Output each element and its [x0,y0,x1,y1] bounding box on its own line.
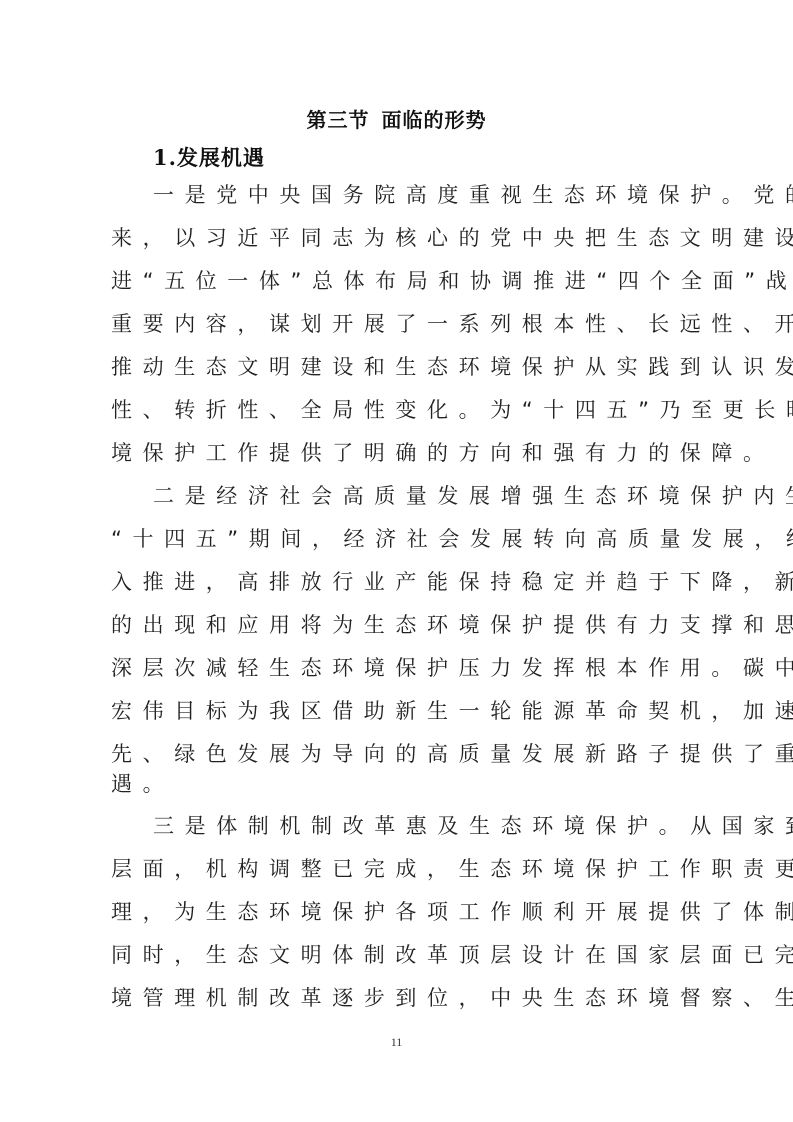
document-page: 第三节面临的形势 1.发展机遇 一是党中央国务院高度重视生态环境保护。党的十八大… [0,0,793,1122]
paragraph-2-line-6: 宏伟目标为我区借助新生一轮能源革命契机，加速走以生态优 [111,696,691,726]
paragraph-1-line-2: 来，以习近平同志为核心的党中央把生态文明建设作为统筹推 [111,223,691,253]
paragraph-2-line-3: 入推进，高排放行业产能保持稳定并趋于下降，新技术新产品 [111,567,691,597]
paragraph-3-line-5: 境管理机制改革逐步到位，中央生态环境督察、生态损害赔偿 [111,983,691,1013]
paragraph-1-line-3: 进“五位一体”总体布局和协调推进“四个全面”战略布局的 [111,266,691,296]
subheading-development-opportunities: 1.发展机遇 [153,142,265,172]
paragraph-1-line-7: 境保护工作提供了明确的方向和强有力的保障。 [111,438,691,468]
paragraph-2-line-2: “十四五”期间，经济社会发展转向高质量发展，结构调整深 [111,524,691,554]
section-name: 面临的形势 [382,108,487,132]
paragraph-3-line-3: 理，为生态环境保护各项工作顺利开展提供了体制上的保障。 [111,897,691,927]
paragraph-1-line-5: 推动生态文明建设和生态环境保护从实践到认识发生了历史 [111,352,691,382]
section-number: 第三节 [307,108,370,132]
paragraph-2-line-1: 二是经济社会高质量发展增强生态环境保护内生动力。 [153,481,733,511]
paragraph-1-line-6: 性、转折性、全局性变化。为“十四五”乃至更长时期生态环 [111,395,691,425]
section-title: 第三节面临的形势 [0,104,793,133]
page-number: 11 [0,1035,793,1050]
paragraph-2-line-5: 深层次减轻生态环境保护压力发挥根本作用。碳中和碳达峰的 [111,653,691,683]
paragraph-1-line-1: 一是党中央国务院高度重视生态环境保护。党的十八大以 [153,180,733,210]
paragraph-2-line-8: 遇。 [111,769,691,799]
paragraph-2-line-7: 先、绿色发展为导向的高质量发展新路子提供了重大历史性机 [111,739,691,769]
paragraph-3-line-4: 同时，生态文明体制改革顶层设计在国家层面已完成，生态环 [111,940,691,970]
paragraph-3-line-2: 层面，机构调整已完成，生态环境保护工作职责更加清晰、合 [111,854,691,884]
paragraph-2-line-4: 的出现和应用将为生态环境保护提供有力支撑和思路创新，将 [111,610,691,640]
paragraph-1-line-4: 重要内容，谋划开展了一系列根本性、长远性、开创性工作， [111,309,691,339]
paragraph-3-line-1: 三是体制机制改革惠及生态环境保护。从国家到地方各个 [153,811,733,841]
